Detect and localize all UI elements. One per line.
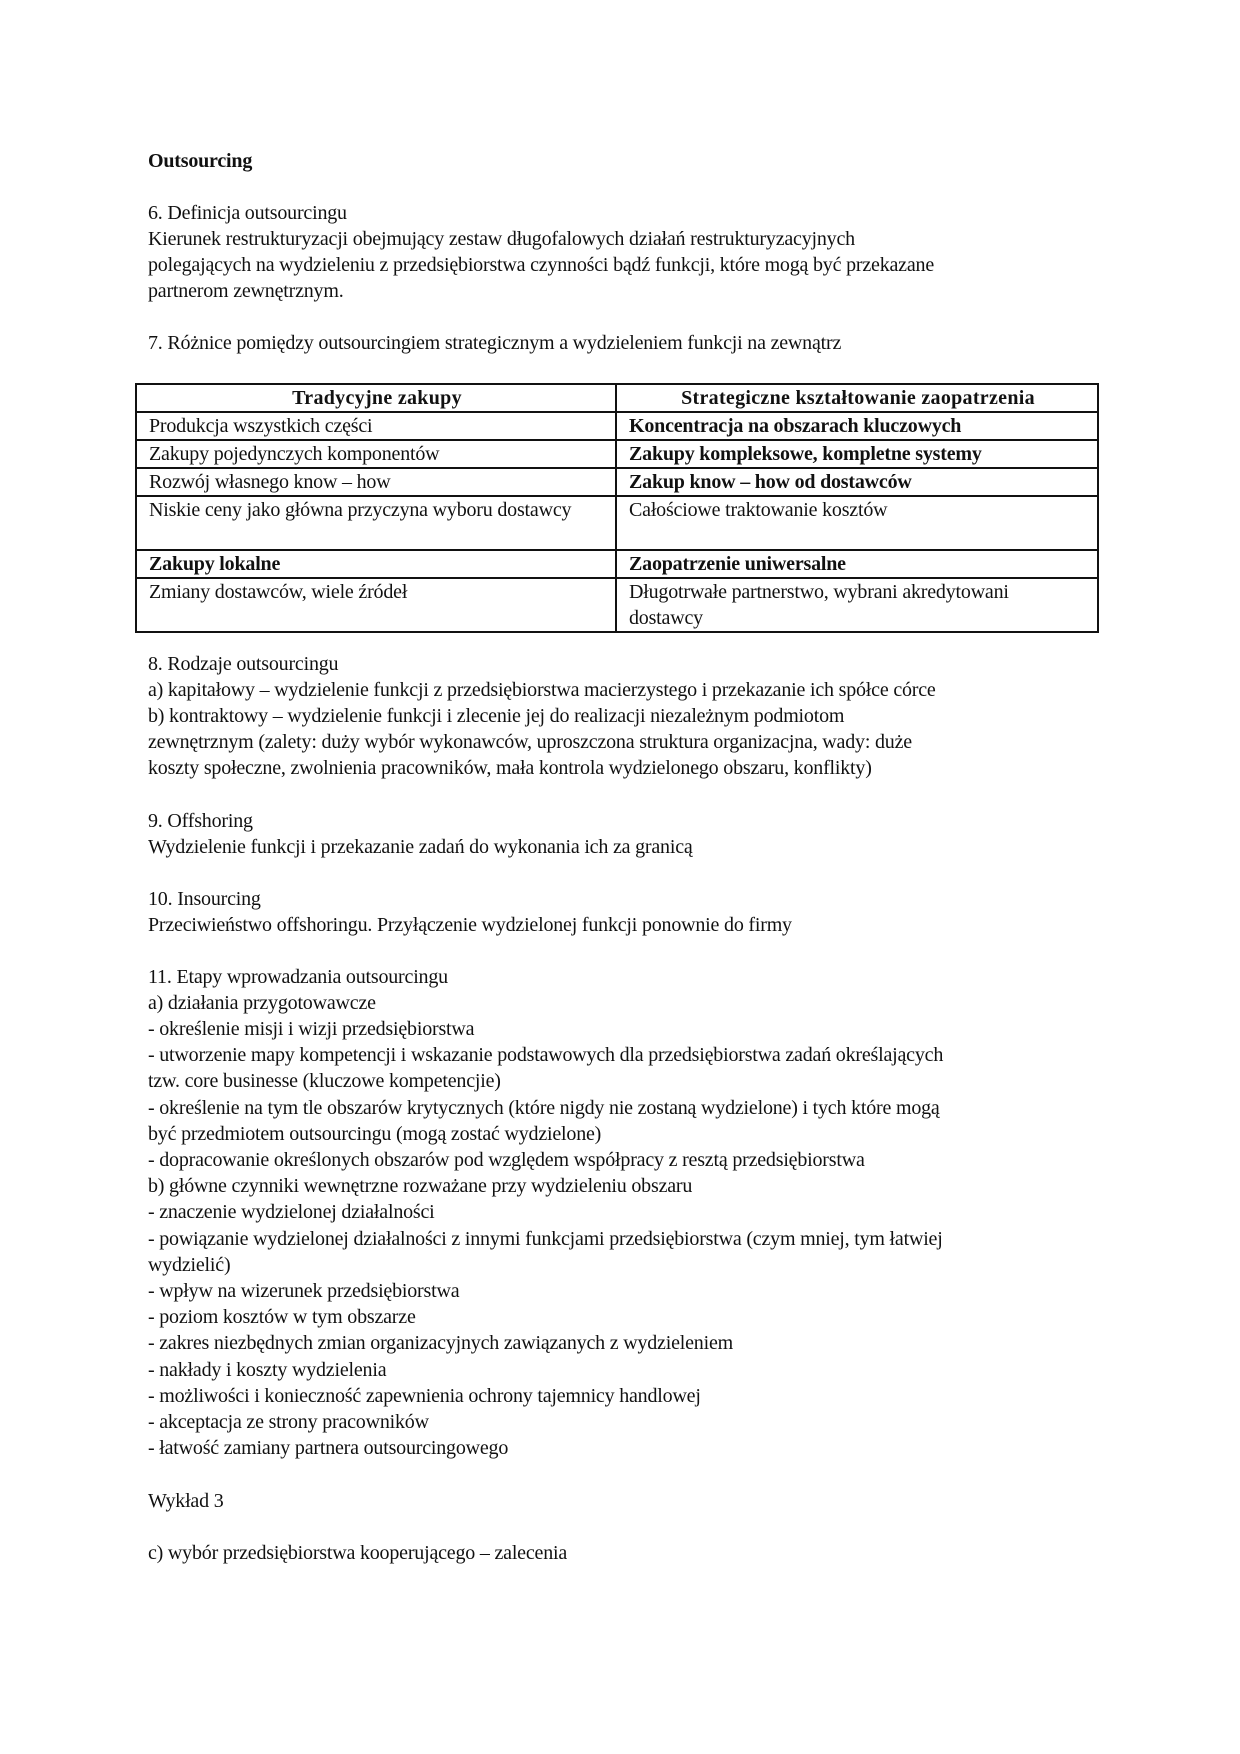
section-10-heading: 10. Insourcing: [148, 886, 261, 912]
section-11-line: - powiązanie wydzielonej działalności z …: [148, 1226, 943, 1252]
section-11-line: - łatwość zamiany partnera outsourcingow…: [148, 1435, 508, 1461]
table-cell: Produkcja wszystkich części: [136, 412, 616, 440]
table-header-strategic: Strategiczne kształtowanie zaopatrzenia: [616, 384, 1098, 412]
section-8-line: a) kapitałowy – wydzielenie funkcji z pr…: [148, 677, 936, 703]
section-11-line: - określenie na tym tle obszarów krytycz…: [148, 1095, 940, 1121]
section-11-line: - określenie misji i wizji przedsiębiors…: [148, 1016, 474, 1042]
section-11-line: być przedmiotem outsourcingu (mogą zosta…: [148, 1121, 601, 1147]
section-11-line: - utworzenie mapy kompetencji i wskazani…: [148, 1042, 943, 1068]
section-10-line: Przeciwieństwo offshoringu. Przyłączenie…: [148, 912, 792, 938]
table-row: Rozwój własnego know – how Zakup know – …: [136, 468, 1098, 496]
document-title: Outsourcing: [148, 148, 252, 174]
table-row: Zakupy lokalne Zaopatrzenie uniwersalne: [136, 550, 1098, 578]
section-11-line: tzw. core businesse (kluczowe kompetencj…: [148, 1068, 501, 1094]
section-11-line: - poziom kosztów w tym obszarze: [148, 1304, 416, 1330]
section-11-line: wydzielić): [148, 1252, 230, 1278]
section-6-line: partnerom zewnętrznym.: [148, 278, 344, 304]
section-6-line: polegających na wydzieleniu z przedsiębi…: [148, 252, 934, 278]
section-11-line: - wpływ na wizerunek przedsiębiorstwa: [148, 1278, 459, 1304]
table-cell: Zaopatrzenie uniwersalne: [616, 550, 1098, 578]
table-cell: Niskie ceny jako główna przyczyna wyboru…: [136, 496, 616, 550]
section-8-line: b) kontraktowy – wydzielenie funkcji i z…: [148, 703, 844, 729]
comparison-table: Tradycyjne zakupy Strategiczne kształtow…: [135, 383, 1099, 633]
section-11-heading: 11. Etapy wprowadzania outsourcingu: [148, 964, 448, 990]
table-cell: Długotrwałe partnerstwo, wybrani akredyt…: [616, 578, 1098, 632]
lecture-label: Wykład 3: [148, 1488, 224, 1514]
table-cell: Zakupy kompleksowe, kompletne systemy: [616, 440, 1098, 468]
table-cell: Zakupy pojedynczych komponentów: [136, 440, 616, 468]
section-11-line: - możliwości i konieczność zapewnienia o…: [148, 1383, 701, 1409]
table-cell: Zakup know – how od dostawców: [616, 468, 1098, 496]
section-8-line: zewnętrznym (zalety: duży wybór wykonawc…: [148, 729, 912, 755]
table-header-traditional: Tradycyjne zakupy: [136, 384, 616, 412]
table-cell: Koncentracja na obszarach kluczowych: [616, 412, 1098, 440]
section-11-line: - akceptacja ze strony pracowników: [148, 1409, 429, 1435]
table-row: Zmiany dostawców, wiele źródeł Długotrwa…: [136, 578, 1098, 632]
table-cell: Całościowe traktowanie kosztów: [616, 496, 1098, 550]
table-cell: Rozwój własnego know – how: [136, 468, 616, 496]
section-11c-line: c) wybór przedsiębiorstwa kooperującego …: [148, 1540, 567, 1566]
section-6-heading: 6. Definicja outsourcingu: [148, 200, 347, 226]
section-11-line: - zakres niezbędnych zmian organizacyjny…: [148, 1330, 733, 1356]
table-row: Niskie ceny jako główna przyczyna wyboru…: [136, 496, 1098, 550]
section-11-line: b) główne czynniki wewnętrzne rozważane …: [148, 1173, 692, 1199]
section-11-line: - dopracowanie określonych obszarów pod …: [148, 1147, 865, 1173]
section-11-line: a) działania przygotowawcze: [148, 990, 376, 1016]
section-8-line: koszty społeczne, zwolnienia pracowników…: [148, 755, 872, 781]
section-11-line: - nakłady i koszty wydzielenia: [148, 1357, 386, 1383]
section-7-heading: 7. Różnice pomiędzy outsourcingiem strat…: [148, 330, 841, 356]
section-8-heading: 8. Rodzaje outsourcingu: [148, 651, 338, 677]
table-cell: Zmiany dostawców, wiele źródeł: [136, 578, 616, 632]
table-cell: Zakupy lokalne: [136, 550, 616, 578]
table-header-row: Tradycyjne zakupy Strategiczne kształtow…: [136, 384, 1098, 412]
table-row: Produkcja wszystkich części Koncentracja…: [136, 412, 1098, 440]
section-9-heading: 9. Offshoring: [148, 808, 253, 834]
section-9-line: Wydzielenie funkcji i przekazanie zadań …: [148, 834, 693, 860]
table-row: Zakupy pojedynczych komponentów Zakupy k…: [136, 440, 1098, 468]
section-11-line: - znaczenie wydzielonej działalności: [148, 1199, 435, 1225]
section-6-line: Kierunek restrukturyzacji obejmujący zes…: [148, 226, 855, 252]
